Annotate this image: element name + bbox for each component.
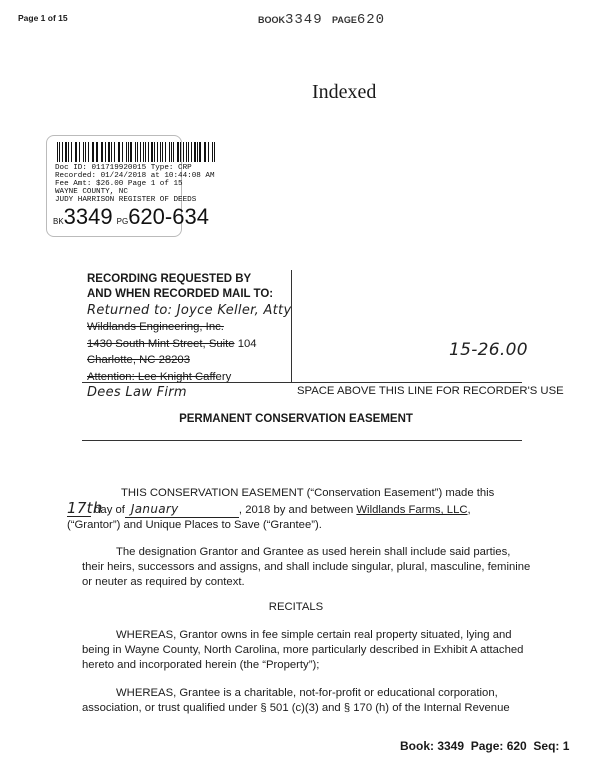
designation-line-3: or neuter as required by context.	[82, 575, 562, 590]
page-counter: Page 1 of 15	[18, 13, 68, 23]
pg-tag: PG	[117, 217, 129, 226]
address-suffix: 104	[235, 338, 257, 350]
page-stamp-prefix: PAGE	[332, 15, 357, 25]
intro-paragraph: THIS CONSERVATION EASEMENT (“Conservatio…	[67, 486, 547, 533]
register-line: JUDY HARRISON REGISTER OF DEEDS	[55, 196, 196, 204]
handwritten-fee: 15-26.00	[449, 340, 528, 360]
struck-address: 1430 South Mint Street, Suite	[87, 338, 235, 350]
whereas-paragraph-2: WHEREAS, Grantee is a charitable, not-fo…	[82, 686, 562, 716]
intro-line-1: THIS CONSERVATION EASEMENT (“Conservatio…	[121, 487, 494, 499]
recorder-space-divider-vertical	[291, 270, 292, 382]
recording-label: Doc ID: 011719920015 Type: CRP Recorded:…	[46, 135, 182, 237]
intro-comma: ,	[468, 504, 471, 516]
designation-line-1: The designation Grantor and Grantee as u…	[116, 546, 510, 558]
county-line: WAYNE COUNTY, NC	[55, 188, 128, 196]
recitals-heading: RECITALS	[0, 600, 592, 615]
page-stamp-number: 620	[357, 12, 385, 28]
whereas1-line-1: WHEREAS, Grantor owns in fee simple cert…	[116, 629, 512, 641]
bk-value: 3349	[64, 204, 113, 229]
grantor-name: Wildlands Farms, LLC	[356, 504, 467, 516]
day-of-label: day of	[91, 504, 125, 516]
recorder-use-note: SPACE ABOVE THIS LINE FOR RECORDER'S USE	[297, 385, 564, 397]
whereas-paragraph-1: WHEREAS, Grantor owns in fee simple cert…	[82, 628, 562, 673]
struck-city: Charlotte, NC 28203	[87, 352, 291, 368]
mail-heading-1: RECORDING REQUESTED BY	[87, 272, 291, 287]
book-page-range: BK3349 PG620-634	[53, 204, 209, 230]
doc-id-line: Doc ID: 011719920015 Type: CRP	[55, 164, 192, 172]
title-rule	[82, 440, 522, 441]
book-stamp-number: 3349	[285, 12, 323, 28]
handwritten-month: January	[125, 502, 239, 518]
designation-line-2: their heirs, successors and assigns, and…	[82, 560, 562, 575]
whereas1-line-3: hereto and incorporated herein (the “Pro…	[82, 658, 562, 673]
recorded-line: Recorded: 01/24/2018 at 10:44:08 AM	[55, 172, 215, 180]
document-title: PERMANENT CONSERVATION EASEMENT	[0, 413, 592, 425]
recorder-space-line	[82, 382, 522, 383]
bk-tag: BK	[53, 217, 64, 226]
struck-company: Wildlands Engineering, Inc.	[87, 319, 291, 335]
intro-line-3: (“Grantor”) and Unique Places to Save (“…	[67, 518, 547, 533]
whereas2-line-2: association, or trust qualified under § …	[82, 701, 562, 716]
whereas1-line-2: being in Wayne County, North Carolina, m…	[82, 643, 562, 658]
handwritten-firm: Dees Law Firm	[87, 385, 291, 401]
footer-book-page-seq: Book: 3349 Page: 620 Seq: 1	[400, 739, 569, 753]
handwritten-day: 17th	[67, 501, 91, 517]
year-text: , 2018 by and between	[239, 504, 353, 516]
book-page-stamp: BOOK3349 PAGE620	[258, 12, 385, 28]
mail-heading-2: AND WHEN RECORDED MAIL TO:	[87, 287, 291, 302]
barcode-icon	[57, 142, 217, 162]
whereas2-line-1: WHEREAS, Grantee is a charitable, not-fo…	[116, 687, 498, 699]
designation-paragraph: The designation Grantor and Grantee as u…	[82, 545, 562, 590]
fee-line: Fee Amt: $26.00 Page 1 of 15	[55, 180, 183, 188]
book-stamp-prefix: BOOK	[258, 15, 285, 25]
handwritten-return-to: Returned to: Joyce Keller, Atty	[87, 302, 291, 319]
indexed-stamp: Indexed	[312, 81, 376, 104]
pg-value: 620-634	[128, 204, 209, 229]
